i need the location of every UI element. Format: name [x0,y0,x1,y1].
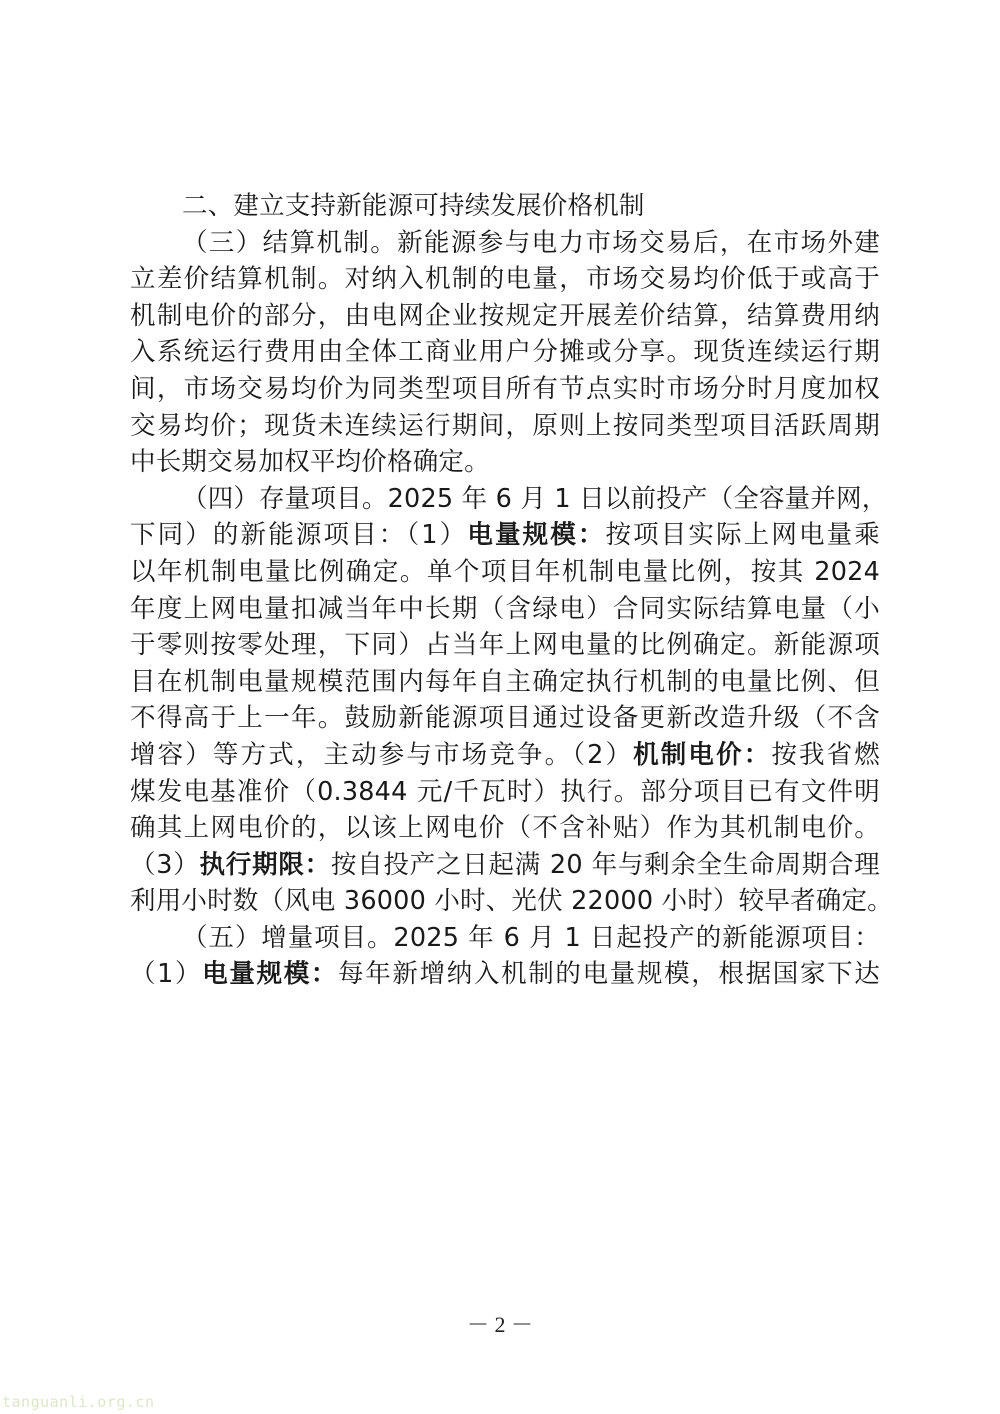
paragraph-4-line-2: 下同）的新能源项目：（1）电量规模：按项目实际上网电量乘 [130,517,880,554]
paragraph-4-line-12: 利用小时数（风电 36000 小时、光伏 22000 小时）较早者确定。 [130,883,880,920]
paragraph-3-line-6: 交易均价；现货未连续运行期间，原则上按同类型项目活跃周期 [130,408,880,445]
text: 按我省燃 [771,740,880,770]
section-heading: 二、建立支持新能源可持续发展价格机制 [130,188,880,225]
bold-term: 执行期限： [200,850,331,880]
paragraph-3-line-1: （三）结算机制。新能源参与电力市场交易后，在市场外建 [130,225,880,262]
paragraph-4-line-7: 不得高于上一年。鼓励新能源项目通过设备更新改造升级（不含 [130,700,880,737]
paragraph-3-line-5: 间，市场交易均价为同类型项目所有节点实时市场分时月度加权 [130,371,880,408]
text: （1） [130,959,202,989]
bold-term: 机制电价： [633,740,771,770]
paragraph-4-line-5: 于零则按零处理，下同）占当年上网电量的比例确定。新能源项 [130,627,880,664]
text: 增容）等方式，主动参与市场竞争。（2） [130,740,633,770]
paragraph-4-line-11: （3）执行期限：按自投产之日起满 20 年与剩余全生命周期合理 [130,847,880,884]
text: 每年新增纳入机制的电量规模，根据国家下达 [338,959,880,989]
paragraph-4-line-10: 确其上网电价的，以该上网电价（不含补贴）作为其机制电价。 [130,810,880,847]
bold-term: 电量规模： [202,959,338,989]
text: 下同）的新能源项目：（1） [130,520,467,550]
paragraph-4-line-6: 目在机制电量规模范围内每年自主确定执行机制的电量比例、但 [130,664,880,701]
text: （3） [130,850,200,880]
watermark: tanguanli.org.cn [2,1393,155,1411]
paragraph-4-line-9: 煤发电基准价（0.3844 元/千瓦时）执行。部分项目已有文件明 [130,774,880,811]
text: 按自投产之日起满 20 年与剩余全生命周期合理 [331,850,880,880]
paragraph-4-line-4: 年度上网电量扣减当年中长期（含绿电）合同实际结算电量（小 [130,591,880,628]
paragraph-4-line-3: 以年机制电量比例确定。单个项目年机制电量比例，按其 2024 [130,554,880,591]
paragraph-5-line-2: （1）电量规模：每年新增纳入机制的电量规模，根据国家下达 [130,956,880,993]
paragraph-3-line-3: 机制电价的部分，由电网企业按规定开展差价结算，结算费用纳 [130,298,880,335]
paragraph-3-line-2: 立差价结算机制。对纳入机制的电量，市场交易均价低于或高于 [130,261,880,298]
text: 按项目实际上网电量乘 [606,520,880,550]
paragraph-3-line-4: 入系统运行费用由全体工商业用户分摊或分享。现货连续运行期 [130,334,880,371]
document-body: 二、建立支持新能源可持续发展价格机制 （三）结算机制。新能源参与电力市场交易后，… [130,188,880,993]
paragraph-4-line-1: （四）存量项目。2025 年 6 月 1 日以前投产（全容量并网， [130,481,880,518]
paragraph-5-line-1: （五）增量项目。2025 年 6 月 1 日起投产的新能源项目： [130,920,880,957]
paragraph-3-line-7: 中长期交易加权平均价格确定。 [130,444,880,481]
page-number: － 2 － [0,1308,1000,1339]
bold-term: 电量规模： [467,520,605,550]
paragraph-4-line-8: 增容）等方式，主动参与市场竞争。（2）机制电价：按我省燃 [130,737,880,774]
